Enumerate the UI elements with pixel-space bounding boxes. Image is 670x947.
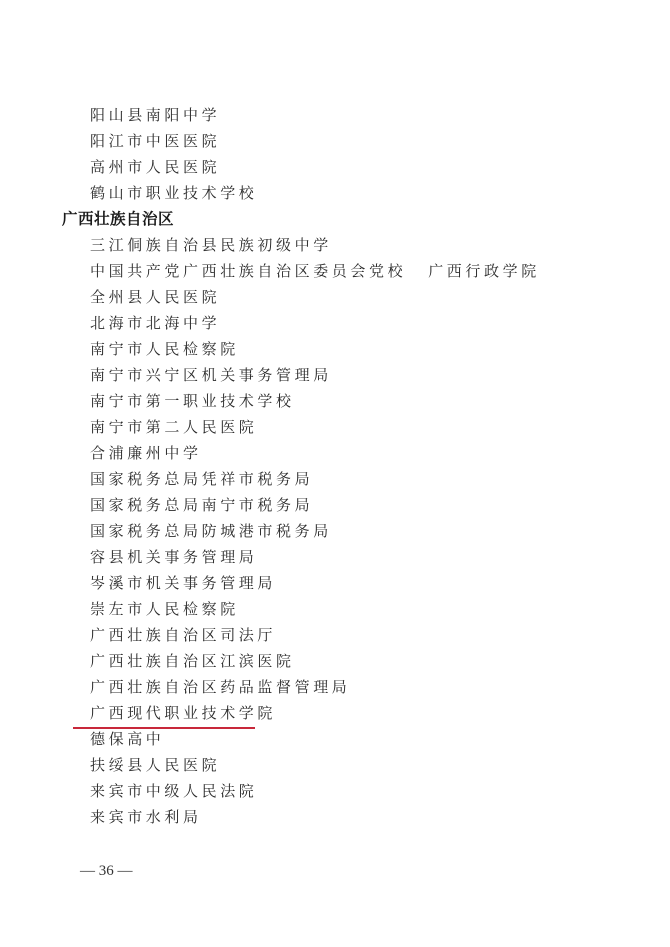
list-item: 岑溪市机关事务管理局: [90, 570, 276, 596]
list-item: 鹤山市职业技术学校: [90, 180, 257, 206]
list-item: 来宾市中级人民法院: [90, 778, 257, 804]
list-item: 阳江市中医医院: [90, 128, 220, 154]
list-item: 容县机关事务管理局: [90, 544, 257, 570]
list-item: 广西壮族自治区药品监督管理局: [90, 674, 350, 700]
list-item: 三江侗族自治县民族初级中学: [90, 232, 332, 258]
list-item: 广西壮族自治区司法厅: [90, 622, 276, 648]
list-item: 南宁市兴宁区机关事务管理局: [90, 362, 332, 388]
list-item: 南宁市第一职业技术学校: [90, 388, 295, 414]
list-item: 国家税务总局凭祥市税务局: [90, 466, 313, 492]
list-item: 南宁市人民检察院: [90, 336, 239, 362]
list-item: 高州市人民医院: [90, 154, 220, 180]
list-item: 德保高中: [90, 726, 164, 752]
list-item: 全州县人民医院: [90, 284, 220, 310]
list-item: 阳山县南阳中学: [90, 102, 220, 128]
list-item: 合浦廉州中学: [90, 440, 202, 466]
list-item-highlighted: 广西现代职业技术学院: [90, 700, 276, 726]
list-item: 中国共产党广西壮族自治区委员会党校广西行政学院: [90, 258, 540, 284]
document-page: 阳山县南阳中学 阳江市中医医院 高州市人民医院 鹤山市职业技术学校 广西壮族自治…: [0, 0, 670, 947]
list-item: 南宁市第二人民医院: [90, 414, 257, 440]
list-item-main: 中国共产党广西壮族自治区委员会党校: [90, 262, 406, 280]
page-number: — 36 —: [80, 858, 133, 884]
list-item: 来宾市水利局: [90, 804, 202, 830]
list-item: 崇左市人民检察院: [90, 596, 239, 622]
list-item-secondary: 广西行政学院: [428, 262, 540, 280]
section-heading: 广西壮族自治区: [62, 206, 174, 232]
list-item: 北海市北海中学: [90, 310, 220, 336]
list-item: 扶绥县人民医院: [90, 752, 220, 778]
list-item: 国家税务总局南宁市税务局: [90, 492, 313, 518]
list-item: 国家税务总局防城港市税务局: [90, 518, 332, 544]
list-item: 广西壮族自治区江滨医院: [90, 648, 295, 674]
